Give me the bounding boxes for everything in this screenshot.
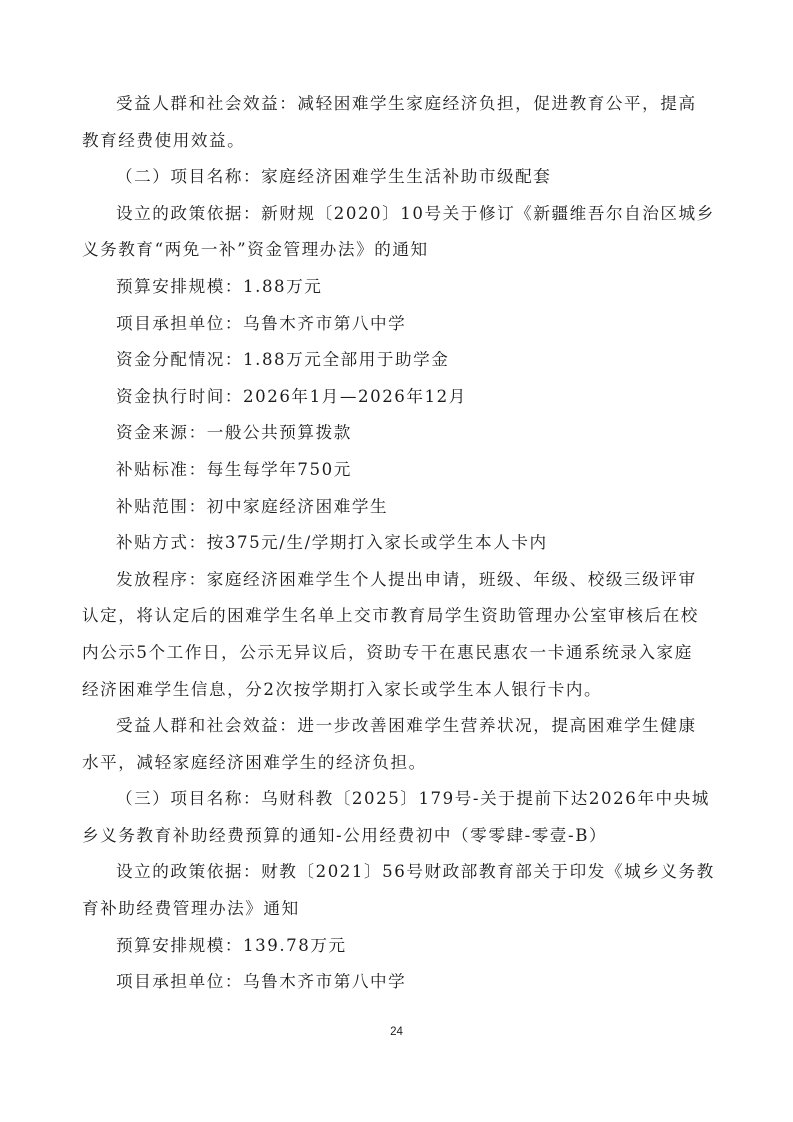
project-2-fund-allocation: 资金分配情况：1.88万元全部用于助学金 [82,342,712,379]
project-2-policy-basis-cont: 义务教育“两免一补”资金管理办法》的通知 [82,232,712,269]
project-3-policy-basis-cont: 育补助经费管理办法》通知 [82,891,712,928]
project-2-subsidy-method: 补贴方式：按375元/生/学期打入家长或学生本人卡内 [82,525,712,562]
project-2-undertaking-unit: 项目承担单位：乌鲁木齐市第八中学 [82,306,712,343]
project-2-subsidy-scope: 补贴范围：初中家庭经济困难学生 [82,489,712,526]
project-2-subsidy-standard: 补贴标准：每生每学年750元 [82,452,712,489]
project-2-fund-source: 资金来源：一般公共预算拨款 [82,415,712,452]
project-2-distribution-procedure-cont-1: 认定，将认定后的困难学生名单上交市教育局学生资助管理办公室审核后在校 [82,598,712,635]
project-3-budget-scale: 预算安排规模：139.78万元 [82,928,712,965]
paragraph-benefit-summary-1-cont: 教育经费使用效益。 [82,123,712,160]
project-2-budget-scale: 预算安排规模：1.88万元 [82,269,712,306]
document-body: 受益人群和社会效益：减轻困难学生家庭经济负担，促进教育公平，提高 教育经费使用效… [82,86,712,1001]
project-2-distribution-procedure-cont-2: 内公示5个工作日，公示无异议后，资助专干在惠民惠农一卡通系统录入家庭 [82,635,712,672]
project-2-distribution-procedure-cont-3: 经济困难学生信息，分2次按学期打入家长或学生本人银行卡内。 [82,672,712,709]
page-number: 24 [0,1026,793,1038]
paragraph-benefit-summary-1: 受益人群和社会效益：减轻困难学生家庭经济负担，促进教育公平，提高 [82,86,712,123]
project-2-benefit-summary: 受益人群和社会效益：进一步改善困难学生营养状况，提高困难学生健康 [82,708,712,745]
project-2-distribution-procedure: 发放程序：家庭经济困难学生个人提出申请，班级、年级、校级三级评审 [82,562,712,599]
project-2-benefit-summary-cont: 水平，减轻家庭经济困难学生的经济负担。 [82,745,712,782]
document-page: 受益人群和社会效益：减轻困难学生家庭经济负担，促进教育公平，提高 教育经费使用效… [0,0,793,1122]
project-3-undertaking-unit: 项目承担单位：乌鲁木齐市第八中学 [82,964,712,1001]
project-2-execution-period: 资金执行时间：2026年1月—2026年12月 [82,379,712,416]
section-heading-project-3: （三）项目名称：乌财科教〔2025〕179号-关于提前下达2026年中央城 [82,781,712,818]
project-3-policy-basis: 设立的政策依据：财教〔2021〕56号财政部教育部关于印发《城乡义务教 [82,854,712,891]
section-heading-project-2: （二）项目名称：家庭经济困难学生生活补助市级配套 [82,159,712,196]
project-2-policy-basis: 设立的政策依据：新财规〔2020〕10号关于修订《新疆维吾尔自治区城乡 [82,196,712,233]
section-heading-project-3-cont: 乡义务教育补助经费预算的通知-公用经费初中（零零肆-零壹-B） [82,818,712,855]
